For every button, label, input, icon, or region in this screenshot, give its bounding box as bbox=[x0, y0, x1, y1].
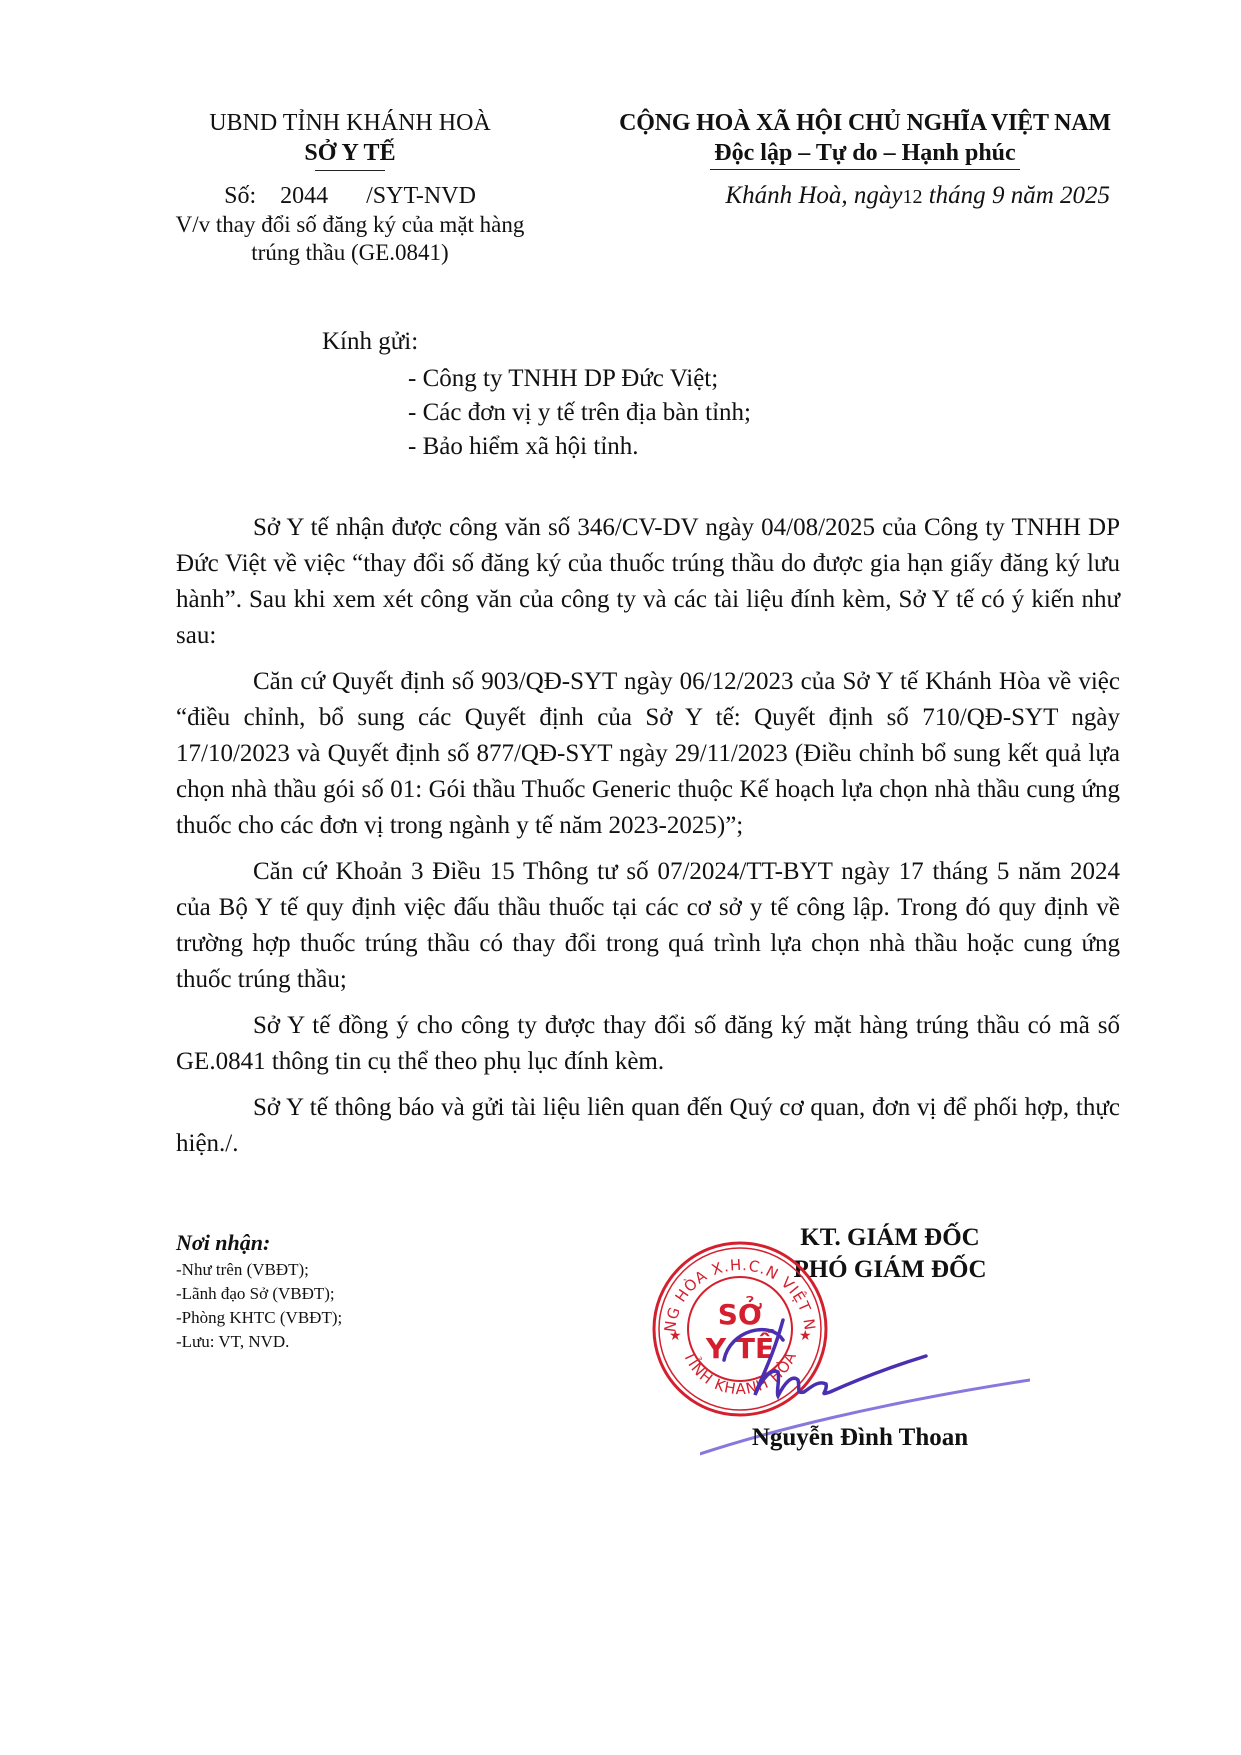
issuer-header: UBND TỈNH KHÁNH HOÀ SỞ Y TẾ Số: 2044/SYT… bbox=[140, 108, 560, 267]
issue-date: Khánh Hoà, ngày12 tháng 9 năm 2025 bbox=[590, 180, 1140, 213]
motto-underline bbox=[710, 169, 1020, 170]
date-day: 12 bbox=[902, 186, 922, 208]
date-year: 2025 bbox=[1060, 182, 1110, 209]
distribution-title: Nơi nhận: bbox=[176, 1228, 342, 1258]
recipients-title: Kính gửi: bbox=[322, 328, 418, 356]
recipient-item: - Các đơn vị y tế trên địa bàn tỉnh; bbox=[408, 396, 751, 430]
distribution-item: -Lưu: VT, NVD. bbox=[176, 1330, 342, 1354]
distribution-list: Nơi nhận: -Như trên (VBĐT); -Lãnh đạo Sở… bbox=[176, 1228, 342, 1354]
national-header: CỘNG HOÀ XÃ HỘI CHỦ NGHĨA VIỆT NAM Độc l… bbox=[590, 108, 1140, 213]
subject-line-1: V/v thay đổi số đăng ký của mặt hàng bbox=[140, 211, 560, 239]
number-value: 2044 bbox=[280, 183, 328, 209]
issuing-department: SỞ Y TẾ bbox=[140, 138, 560, 168]
recipient-item: - Bảo hiểm xã hội tỉnh. bbox=[408, 430, 751, 464]
issuing-authority: UBND TỈNH KHÁNH HOÀ bbox=[140, 108, 560, 138]
number-label: Số: bbox=[224, 183, 256, 209]
header-divider bbox=[315, 170, 385, 171]
distribution-item: -Phòng KHTC (VBĐT); bbox=[176, 1306, 342, 1330]
body-paragraph: Căn cứ Khoản 3 Điều 15 Thông tư số 07/20… bbox=[176, 854, 1120, 998]
document-number: Số: 2044/SYT-NVD bbox=[140, 181, 560, 211]
date-month-label: tháng bbox=[929, 182, 986, 209]
handwritten-signature-icon bbox=[700, 1300, 1030, 1480]
signer-name: Nguyễn Đình Thoan bbox=[660, 1424, 1060, 1452]
distribution-item: -Như trên (VBĐT); bbox=[176, 1258, 342, 1282]
body-paragraph: Sở Y tế đồng ý cho công ty được thay đổi… bbox=[176, 1008, 1120, 1080]
number-suffix: /SYT-NVD bbox=[366, 183, 476, 209]
body-paragraph: Sở Y tế thông báo và gửi tài liệu liên q… bbox=[176, 1090, 1120, 1162]
svg-text:★: ★ bbox=[669, 1329, 682, 1344]
body-paragraph: Căn cứ Quyết định số 903/QĐ-SYT ngày 06/… bbox=[176, 664, 1120, 844]
national-motto: Độc lập – Tự do – Hạnh phúc bbox=[590, 138, 1140, 168]
recipient-item: - Công ty TNHH DP Đức Việt; bbox=[408, 362, 751, 396]
subject-line-2: trúng thầu (GE.0841) bbox=[140, 239, 560, 267]
distribution-item: -Lãnh đạo Sở (VBĐT); bbox=[176, 1282, 342, 1306]
date-place: Khánh Hoà, ngày bbox=[725, 182, 902, 209]
body-paragraph: Sở Y tế nhận được công văn số 346/CV-DV … bbox=[176, 510, 1120, 654]
nation-title: CỘNG HOÀ XÃ HỘI CHỦ NGHĨA VIỆT NAM bbox=[590, 108, 1140, 138]
date-year-label: năm bbox=[1011, 182, 1054, 209]
recipients-list: - Công ty TNHH DP Đức Việt; - Các đơn vị… bbox=[408, 362, 751, 464]
letter-body: Sở Y tế nhận được công văn số 346/CV-DV … bbox=[176, 510, 1120, 1172]
date-month: 9 bbox=[992, 182, 1005, 209]
